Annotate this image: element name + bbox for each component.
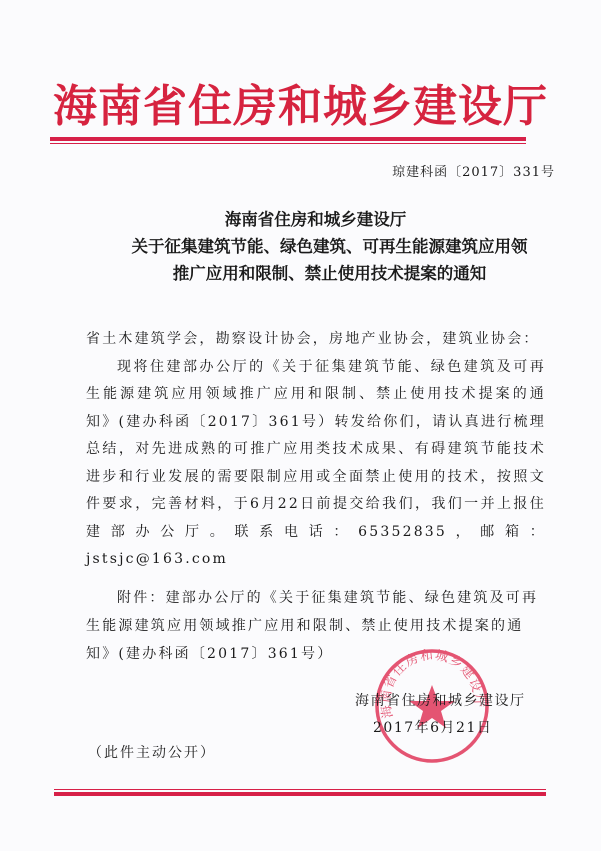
signature-block: 海南省住房和城乡建设厅 2017年6月21日 bbox=[355, 688, 526, 742]
recipients: 省土木建筑学会，勘察设计协会，房地产业协会，建筑业协会： bbox=[86, 326, 546, 354]
footer-divider bbox=[54, 789, 546, 796]
title-line-1: 海南省住房和城乡建设厅 bbox=[0, 206, 601, 233]
signer-org: 海南省住房和城乡建设厅 bbox=[355, 688, 526, 715]
body-paragraph: 现将住建部办公厅的《关于征集建筑节能、绿色建筑及可再生能源建筑应用领域推广应用和… bbox=[86, 354, 546, 574]
letterhead-title: 海南省住房和城乡建设厅 bbox=[0, 70, 601, 134]
title-line-2: 关于征集建筑节能、绿色建筑、可再生能源建筑应用领 bbox=[0, 233, 601, 260]
title-line-3: 推广应用和限制、禁止使用技术提案的通知 bbox=[0, 260, 601, 287]
document-title: 海南省住房和城乡建设厅 关于征集建筑节能、绿色建筑、可再生能源建筑应用领 推广应… bbox=[0, 206, 601, 287]
document-body: 省土木建筑学会，勘察设计协会，房地产业协会，建筑业协会： 现将住建部办公厅的《关… bbox=[86, 326, 546, 574]
letterhead-divider bbox=[50, 137, 526, 144]
document-page: 海南省住房和城乡建设厅 琼建科函〔2017〕331号 海南省住房和城乡建设厅 关… bbox=[0, 0, 601, 851]
signature-date: 2017年6月21日 bbox=[355, 715, 526, 742]
document-number: 琼建科函〔2017〕331号 bbox=[392, 161, 555, 180]
disclosure-note: （此件主动公开） bbox=[88, 742, 216, 762]
